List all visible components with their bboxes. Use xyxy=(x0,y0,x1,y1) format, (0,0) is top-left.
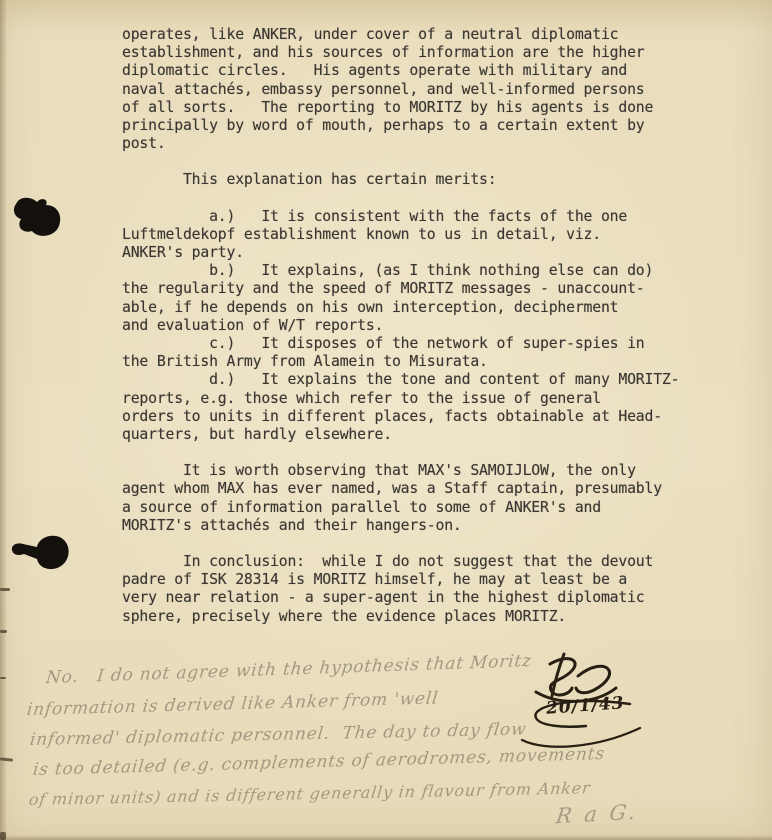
edge-tear-mark xyxy=(0,832,6,840)
paper-left-edge xyxy=(0,0,7,840)
ink-blot-icon xyxy=(8,188,66,240)
typed-paragraph-conclusion: In conclusion: while I do not suggest th… xyxy=(122,553,722,626)
typed-paragraph-merits-list: a.) It is consistent with the facts of t… xyxy=(122,208,722,445)
ink-blot-icon xyxy=(10,530,72,574)
edge-tear-mark xyxy=(0,677,6,679)
pencil-note-line: informed' diplomatic personnel. The day … xyxy=(29,720,528,750)
pencil-note-line: of minor units) and is different general… xyxy=(28,778,592,809)
edge-tear-mark xyxy=(0,757,13,761)
paper-bottom-edge xyxy=(0,835,772,840)
pencil-note-line: No. I do not agree with the hypothesis t… xyxy=(45,651,533,688)
pencil-note-line: information is derived like Anker from '… xyxy=(26,688,440,720)
ink-initials-annotation: 20/1/43 xyxy=(512,648,662,758)
document-page: operates, like ANKER, under cover of a n… xyxy=(0,0,772,840)
typed-text-block: operates, like ANKER, under cover of a n… xyxy=(122,26,722,644)
edge-tear-mark xyxy=(0,588,10,591)
typed-paragraph-merits-intro: This explanation has certain merits: xyxy=(122,171,722,189)
pencil-signature: R a G. xyxy=(555,800,640,829)
typed-paragraph-continuation: operates, like ANKER, under cover of a n… xyxy=(122,26,722,153)
typed-paragraph-samoijlow: It is worth observing that MAX's SAMOIJL… xyxy=(122,462,722,535)
edge-tear-mark xyxy=(0,630,7,633)
